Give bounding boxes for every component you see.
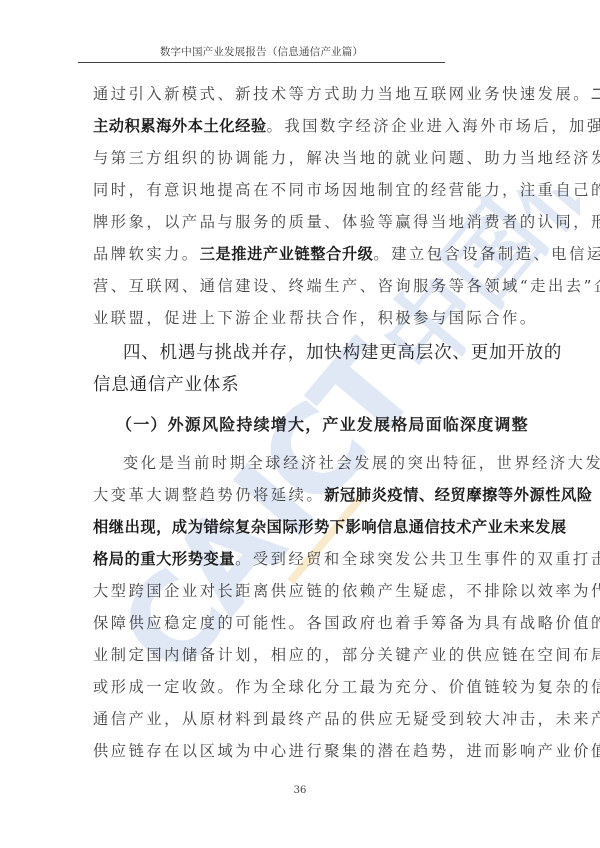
text-line: 同时，有意识地提高在不同市场因地制宜的经营能力，注重自己的品 bbox=[93, 174, 513, 206]
text-line: 相继出现，成为错综复杂国际形势下影响信息通信技术产业未来发展 bbox=[93, 511, 513, 543]
text-line: 大型跨国企业对长距离供应链的依赖产生疑虑，不排除以效率为代价 bbox=[93, 575, 513, 607]
text-line: 与第三方组织的协调能力，解决当地的就业问题、助力当地经济发展， bbox=[93, 142, 513, 174]
text-line: 业制定国内储备计划，相应的，部分关键产业的供应链在空间布局上 bbox=[93, 639, 513, 671]
text-line: 牌形象，以产品与服务的质量、体验等赢得当地消费者的认同，形成 bbox=[93, 206, 513, 238]
text-line: 大变革大调整趋势仍将延续。新冠肺炎疫情、经贸摩擦等外源性风险 bbox=[93, 479, 513, 511]
text-line: 变化是当前时期全球经济社会发展的突出特征，世界经济大发展 bbox=[93, 447, 513, 479]
paragraph-external-risks: 变化是当前时期全球经济社会发展的突出特征，世界经济大发展 大变革大调整趋势仍将延… bbox=[93, 447, 513, 767]
paragraph-overseas-strategy: 通过引入新模式、新技术等方式助力当地互联网业务快速发展。二是 主动积累海外本土化… bbox=[93, 78, 513, 334]
text-line: 供应链存在以区域为中心进行聚集的潜在趋势，进而影响产业价值链 bbox=[93, 735, 513, 767]
text-line: 保障供应稳定度的可能性。各国政府也着手筹备为具有战略价值的行 bbox=[93, 607, 513, 639]
section-heading-line-2: 信息通信产业体系 bbox=[93, 369, 523, 401]
document-page: 数字中国产业发展报告（信息通信产业篇） CA ICT 中国信通院 通过引入新模式… bbox=[0, 0, 600, 848]
text-line: 格局的重大形势变量。受到经贸和全球突发公共卫生事件的双重打击， bbox=[93, 543, 513, 575]
section-heading: 四、机遇与挑战并存，加快构建更高层次、更加开放的 信息通信产业体系 bbox=[93, 337, 523, 401]
text-line: 业联盟，促进上下游企业帮扶合作，积极参与国际合作。 bbox=[93, 302, 513, 334]
text-line: 主动积累海外本土化经验。我国数字经济企业进入海外市场后，加强 bbox=[93, 110, 513, 142]
text-line: 营、互联网、通信建设、终端生产、咨询服务等各领域“走出去”企 bbox=[93, 270, 513, 302]
header-divider bbox=[78, 62, 445, 63]
text-line: 通过引入新模式、新技术等方式助力当地互联网业务快速发展。二是 bbox=[93, 78, 513, 110]
text-line: 通信产业，从原材料到最终产品的供应无疑受到较大冲击，未来产业 bbox=[93, 703, 513, 735]
subsection-heading: （一）外源风险持续增大，产业发展格局面临深度调整 bbox=[116, 411, 536, 439]
text-line: 品牌软实力。三是推进产业链整合升级。建立包含设备制造、电信运 bbox=[93, 238, 513, 270]
section-heading-line-1: 四、机遇与挑战并存，加快构建更高层次、更加开放的 bbox=[93, 337, 523, 369]
running-header: 数字中国产业发展报告（信息通信产业篇） bbox=[78, 44, 445, 59]
page-number: 36 bbox=[0, 785, 600, 796]
text-line: 或形成一定收敛。作为全球化分工最为充分、价值链较为复杂的信息 bbox=[93, 671, 513, 703]
